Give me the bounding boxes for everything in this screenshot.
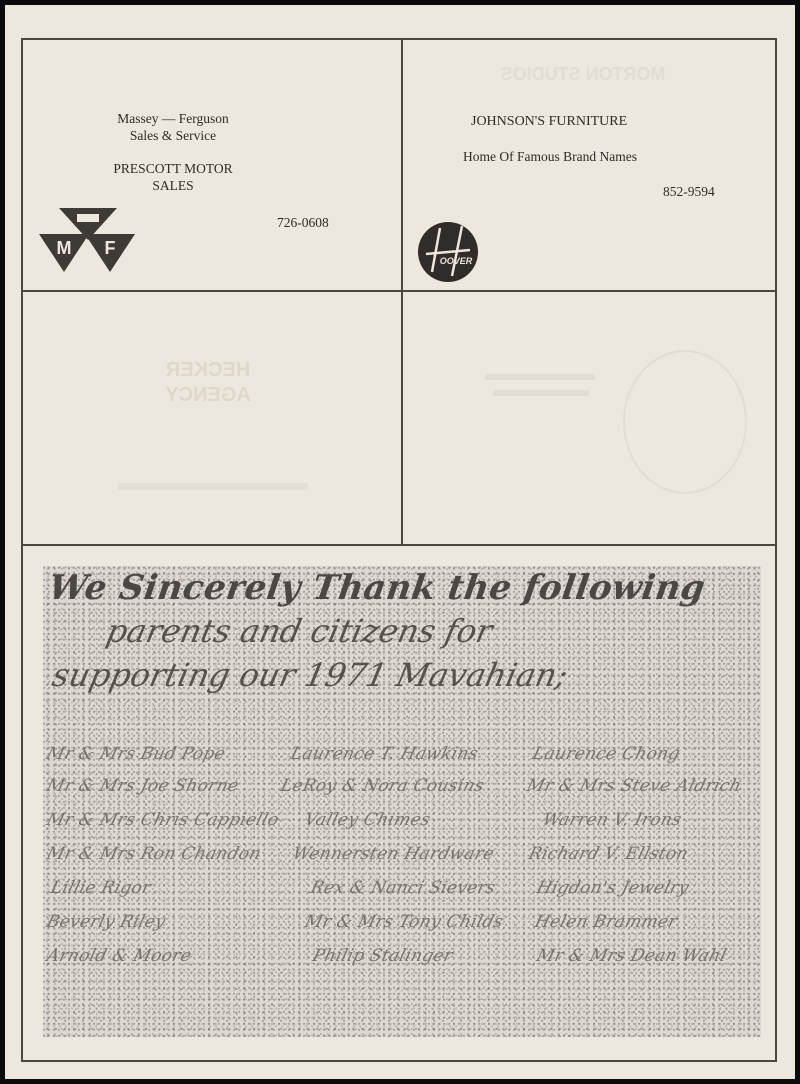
business-name-line: SALES (83, 177, 263, 194)
supporter-name: Wennersten Hardware (291, 844, 497, 864)
ghost-bleedthrough-line (118, 483, 308, 490)
supporter-name: Mr & Mrs Joe Shorne (45, 776, 241, 796)
supporter-name: Mr & Mrs Bud Pope (45, 744, 228, 764)
supporter-name: Mr & Mrs Chris Cappiello (45, 810, 281, 830)
svg-text:F: F (105, 238, 116, 258)
supporter-name: Rex & Nanci Sievers (309, 878, 498, 898)
ghost-bleedthrough-text: MORTON STUDIOS (443, 64, 723, 85)
massey-ferguson-logo-icon: M F (37, 206, 137, 274)
business-name: JOHNSON'S FURNITURE (471, 113, 627, 130)
ghost-bleedthrough-line (485, 374, 595, 380)
supporter-name: Mr & Mrs Tony Childs (303, 912, 506, 932)
svg-text:OOVER: OOVER (440, 256, 473, 266)
grid-divider-horizontal-2 (23, 544, 775, 546)
hoover-logo-icon: OOVER (416, 220, 480, 284)
ad-grid-frame: Massey — Ferguson Sales & Service PRESCO… (21, 38, 777, 1062)
supporter-name: Valley Chimes (303, 810, 433, 830)
business-name-line: PRESCOTT MOTOR (83, 160, 263, 177)
supporter-name: Warren V. Irons (541, 810, 684, 830)
tagline: Home Of Famous Brand Names (463, 148, 637, 165)
ghost-line: HECKER (133, 358, 283, 383)
supporter-name: Laurence T. Hawkins (289, 744, 481, 764)
ad-subtitle: Massey — Ferguson Sales & Service (93, 110, 253, 144)
ghost-bleedthrough-text: HECKER AGENCY (133, 358, 283, 408)
thanks-heading-line: We Sincerely Thank the following (46, 568, 708, 608)
business-name: PRESCOTT MOTOR SALES (83, 160, 263, 194)
ghost-line: AGENCY (133, 383, 283, 408)
supporter-name: Richard V. Ellston (527, 844, 691, 864)
ghost-bleedthrough-line (493, 390, 589, 396)
ad-line: Sales & Service (93, 127, 253, 144)
ghost-illustration (623, 350, 747, 494)
svg-text:M: M (57, 238, 72, 258)
supporter-name: Laurence Chong (531, 744, 683, 764)
phone-number: 726-0608 (277, 214, 329, 231)
supporter-name: Mr & Mrs Steve Aldrich (525, 776, 744, 796)
supporter-name: Philip Stalinger (311, 946, 455, 966)
supporter-name: Mr & Mrs Dean Wahl (535, 946, 729, 966)
phone-number: 852-9594 (663, 183, 715, 200)
supporter-name: Arnold & Moore (45, 946, 194, 966)
supporter-name: Lillie Rigor (49, 878, 154, 898)
supporter-name: Mr & Mrs Ron Chandon (45, 844, 264, 864)
grid-divider-vertical (401, 40, 403, 545)
supporter-name: LeRoy & Nora Cousins (279, 776, 487, 796)
supporter-name: Helen Brammer (533, 912, 680, 932)
thank-you-handwritten-image: We Sincerely Thank the following parents… (43, 566, 761, 1037)
supporter-name: Beverly Riley (45, 912, 168, 932)
supporter-name: Higdon's Jewelry (535, 878, 691, 898)
ad-line: Massey — Ferguson (93, 110, 253, 127)
yearbook-page: Massey — Ferguson Sales & Service PRESCO… (5, 5, 795, 1079)
thanks-heading-line: supporting our 1971 Mavahian; (49, 656, 571, 694)
thanks-heading-line: parents and citizens for (103, 612, 496, 650)
grid-divider-horizontal-1 (23, 290, 775, 292)
